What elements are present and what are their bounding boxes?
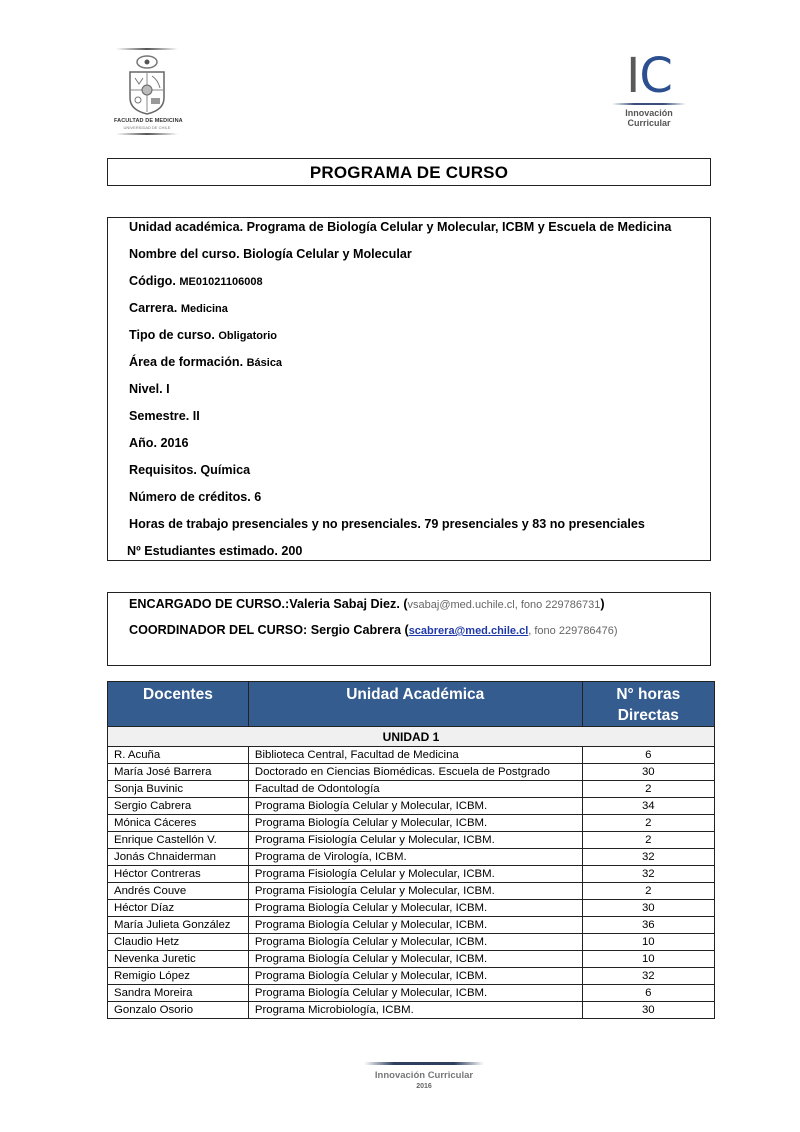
horas-cell: 32 (582, 866, 714, 883)
horas-cell: 2 (582, 832, 714, 849)
docentes-table: Docentes Unidad Académica N° horas Direc… (107, 681, 715, 1019)
info-row: Semestre. II (129, 409, 200, 423)
unidad-cell: Biblioteca Central, Facultad de Medicina (248, 747, 582, 764)
page-title: PROGRAMA DE CURSO (310, 163, 508, 182)
info-row: Horas de trabajo presenciales y no prese… (129, 517, 645, 531)
info-value: Química (200, 463, 250, 477)
docente-cell: Sonja Buvinic (108, 781, 249, 798)
footer-divider (364, 1062, 484, 1065)
info-label: Nivel. (129, 382, 163, 396)
table-row: Sergio CabreraPrograma Biología Celular … (108, 798, 715, 815)
info-label: Código. (129, 274, 176, 288)
info-value: Biología Celular y Molecular (243, 247, 412, 261)
table-row: Gonzalo OsorioPrograma Microbiología, IC… (108, 1002, 715, 1019)
info-label: Carrera. (129, 301, 177, 315)
ic-letter-i: I (626, 48, 639, 104)
docente-cell: Enrique Castellón V. (108, 832, 249, 849)
info-row: Código. ME01021106008 (129, 274, 263, 288)
unidad-cell: Programa Biología Celular y Molecular, I… (248, 934, 582, 951)
table-header-row: Docentes Unidad Académica N° horas Direc… (108, 682, 715, 727)
unidad-cell: Doctorado en Ciencias Biomédicas. Escuel… (248, 764, 582, 781)
info-value: II (193, 409, 200, 423)
info-label: Nombre del curso. (129, 247, 240, 261)
info-value: 79 presenciales y 83 no presenciales (424, 517, 645, 531)
horas-cell: 30 (582, 900, 714, 917)
info-row: Tipo de curso. Obligatorio (129, 328, 277, 342)
info-label: Año. (129, 436, 157, 450)
table-row: R. AcuñaBiblioteca Central, Facultad de … (108, 747, 715, 764)
info-row: Requisitos. Química (129, 463, 250, 477)
ic-line2: Curricular (612, 118, 686, 128)
unidad-cell: Programa de Virología, ICBM. (248, 849, 582, 866)
coordinador-row: COORDINADOR DEL CURSO: Sergio Cabrera (s… (129, 623, 618, 637)
horas-cell: 32 (582, 968, 714, 985)
info-row: Nivel. I (129, 382, 170, 396)
table-row: Andrés CouvePrograma Fisiología Celular … (108, 883, 715, 900)
university-name: UNIVERSIDAD DE CHILE (114, 125, 180, 130)
info-value: I (166, 382, 170, 396)
table-row: Sonja BuvinicFacultad de Odontología2 (108, 781, 715, 798)
table-row: Sandra MoreiraPrograma Biología Celular … (108, 985, 715, 1002)
course-contacts-box: ENCARGADO DE CURSO.:Valeria Sabaj Diez. … (107, 592, 711, 666)
coordinador-label: COORDINADOR DEL CURSO: (129, 623, 307, 637)
info-label: Área de formación. (129, 355, 243, 369)
docente-cell: María José Barrera (108, 764, 249, 781)
info-label: Requisitos. (129, 463, 197, 477)
encargado-phone: , fono 229786731 (515, 599, 601, 611)
info-label: Horas de trabajo presenciales y no prese… (129, 517, 421, 531)
table-row: Remigio LópezPrograma Biología Celular y… (108, 968, 715, 985)
unit-row: UNIDAD 1 (108, 727, 715, 747)
docente-cell: Sandra Moreira (108, 985, 249, 1002)
docente-cell: Héctor Díaz (108, 900, 249, 917)
info-label: Unidad académica. (129, 220, 243, 234)
info-row: Carrera. Medicina (129, 301, 228, 315)
horas-cell: 30 (582, 1002, 714, 1019)
info-row: Unidad académica. Programa de Biología C… (129, 220, 671, 234)
table-row: Claudio HetzPrograma Biología Celular y … (108, 934, 715, 951)
logo-divider (116, 133, 178, 135)
table-row: María Julieta GonzálezPrograma Biología … (108, 917, 715, 934)
docente-cell: Sergio Cabrera (108, 798, 249, 815)
horas-cell: 6 (582, 747, 714, 764)
horas-cell: 2 (582, 883, 714, 900)
horas-cell: 6 (582, 985, 714, 1002)
table-row: Nevenka JureticPrograma Biología Celular… (108, 951, 715, 968)
info-value: 6 (254, 490, 261, 504)
info-row: Número de créditos. 6 (129, 490, 261, 504)
info-row: Nombre del curso. Biología Celular y Mol… (129, 247, 412, 261)
docente-cell: Remigio López (108, 968, 249, 985)
encargado-row: ENCARGADO DE CURSO.:Valeria Sabaj Diez. … (129, 597, 605, 611)
horas-cell: 2 (582, 815, 714, 832)
info-value: ME01021106008 (179, 276, 262, 288)
docente-cell: María Julieta González (108, 917, 249, 934)
footer-year: 2016 (364, 1083, 484, 1090)
info-label: Semestre. (129, 409, 189, 423)
unidad-cell: Programa Biología Celular y Molecular, I… (248, 917, 582, 934)
coordinador-email-link[interactable]: scabrera@med.chile.cl (409, 625, 529, 637)
faculty-logo: FACULTAD DE MEDICINA UNIVERSIDAD DE CHIL… (114, 48, 180, 140)
unidad-cell: Programa Biología Celular y Molecular, I… (248, 968, 582, 985)
ic-letter-c: C (639, 48, 672, 104)
info-label: Número de créditos. (129, 490, 251, 504)
docente-cell: Nevenka Juretic (108, 951, 249, 968)
unit-label: UNIDAD 1 (108, 727, 715, 747)
info-value: Básica (247, 357, 282, 369)
unidad-cell: Programa Fisiología Celular y Molecular,… (248, 883, 582, 900)
page-title-box: PROGRAMA DE CURSO (107, 158, 711, 186)
horas-cell: 36 (582, 917, 714, 934)
unidad-cell: Facultad de Odontología (248, 781, 582, 798)
docente-cell: Gonzalo Osorio (108, 1002, 249, 1019)
info-label: Nº Estudiantes estimado. (127, 544, 278, 558)
info-value: Obligatorio (218, 330, 277, 342)
faculty-crest-icon (124, 54, 170, 116)
table-row: Enrique Castellón V.Programa Fisiología … (108, 832, 715, 849)
unidad-cell: Programa Microbiología, ICBM. (248, 1002, 582, 1019)
unidad-cell: Programa Biología Celular y Molecular, I… (248, 951, 582, 968)
info-row: Área de formación. Básica (129, 355, 282, 369)
encargado-name: Valeria Sabaj Diez. (289, 597, 400, 611)
unidad-cell: Programa Biología Celular y Molecular, I… (248, 798, 582, 815)
encargado-email: vsabaj@med.uchile.cl (408, 599, 515, 611)
info-value: 200 (281, 544, 302, 558)
info-label: Tipo de curso. (129, 328, 215, 342)
unidad-cell: Programa Biología Celular y Molecular, I… (248, 900, 582, 917)
coordinador-name: Sergio Cabrera (311, 623, 401, 637)
logo-divider (116, 48, 178, 50)
table-row: Jonás ChnaidermanPrograma de Virología, … (108, 849, 715, 866)
paren-close: ) (600, 597, 604, 611)
docente-cell: R. Acuña (108, 747, 249, 764)
unidad-cell: Programa Biología Celular y Molecular, I… (248, 985, 582, 1002)
ic-line1: Innovación (612, 108, 686, 118)
innovacion-curricular-logo: IC Innovación Curricular (612, 52, 686, 132)
faculty-name: FACULTAD DE MEDICINA (114, 118, 180, 124)
horas-cell: 10 (582, 934, 714, 951)
table-row: Héctor DíazPrograma Biología Celular y M… (108, 900, 715, 917)
horas-cell: 32 (582, 849, 714, 866)
docente-cell: Jonás Chnaiderman (108, 849, 249, 866)
info-value: 2016 (160, 436, 188, 450)
course-info-box: Unidad académica. Programa de Biología C… (107, 217, 711, 561)
horas-cell: 10 (582, 951, 714, 968)
info-row: Año. 2016 (129, 436, 189, 450)
header-docentes: Docentes (108, 682, 249, 727)
encargado-label: ENCARGADO DE CURSO.: (129, 597, 289, 611)
footer-brand: Innovación Curricular (364, 1070, 484, 1081)
info-row: Nº Estudiantes estimado. 200 (127, 544, 302, 558)
info-value: Programa de Biología Celular y Molecular… (247, 220, 672, 234)
table-row: Héctor ContrerasPrograma Fisiología Celu… (108, 866, 715, 883)
horas-cell: 30 (582, 764, 714, 781)
unidad-cell: Programa Fisiología Celular y Molecular,… (248, 832, 582, 849)
page-footer: Innovación Curricular 2016 (364, 1062, 484, 1090)
docente-cell: Andrés Couve (108, 883, 249, 900)
docente-cell: Mónica Cáceres (108, 815, 249, 832)
unidad-cell: Programa Biología Celular y Molecular, I… (248, 815, 582, 832)
coordinador-phone: , fono 229786476) (528, 625, 617, 637)
header-horas-directas: N° horas Directas (582, 682, 714, 727)
horas-cell: 2 (582, 781, 714, 798)
table-row: María José BarreraDoctorado en Ciencias … (108, 764, 715, 781)
horas-cell: 34 (582, 798, 714, 815)
info-value: Medicina (181, 303, 228, 315)
header-unidad-academica: Unidad Académica (248, 682, 582, 727)
unidad-cell: Programa Fisiología Celular y Molecular,… (248, 866, 582, 883)
docente-cell: Claudio Hetz (108, 934, 249, 951)
table-row: Mónica CáceresPrograma Biología Celular … (108, 815, 715, 832)
ic-monogram: IC (612, 52, 686, 100)
docente-cell: Héctor Contreras (108, 866, 249, 883)
